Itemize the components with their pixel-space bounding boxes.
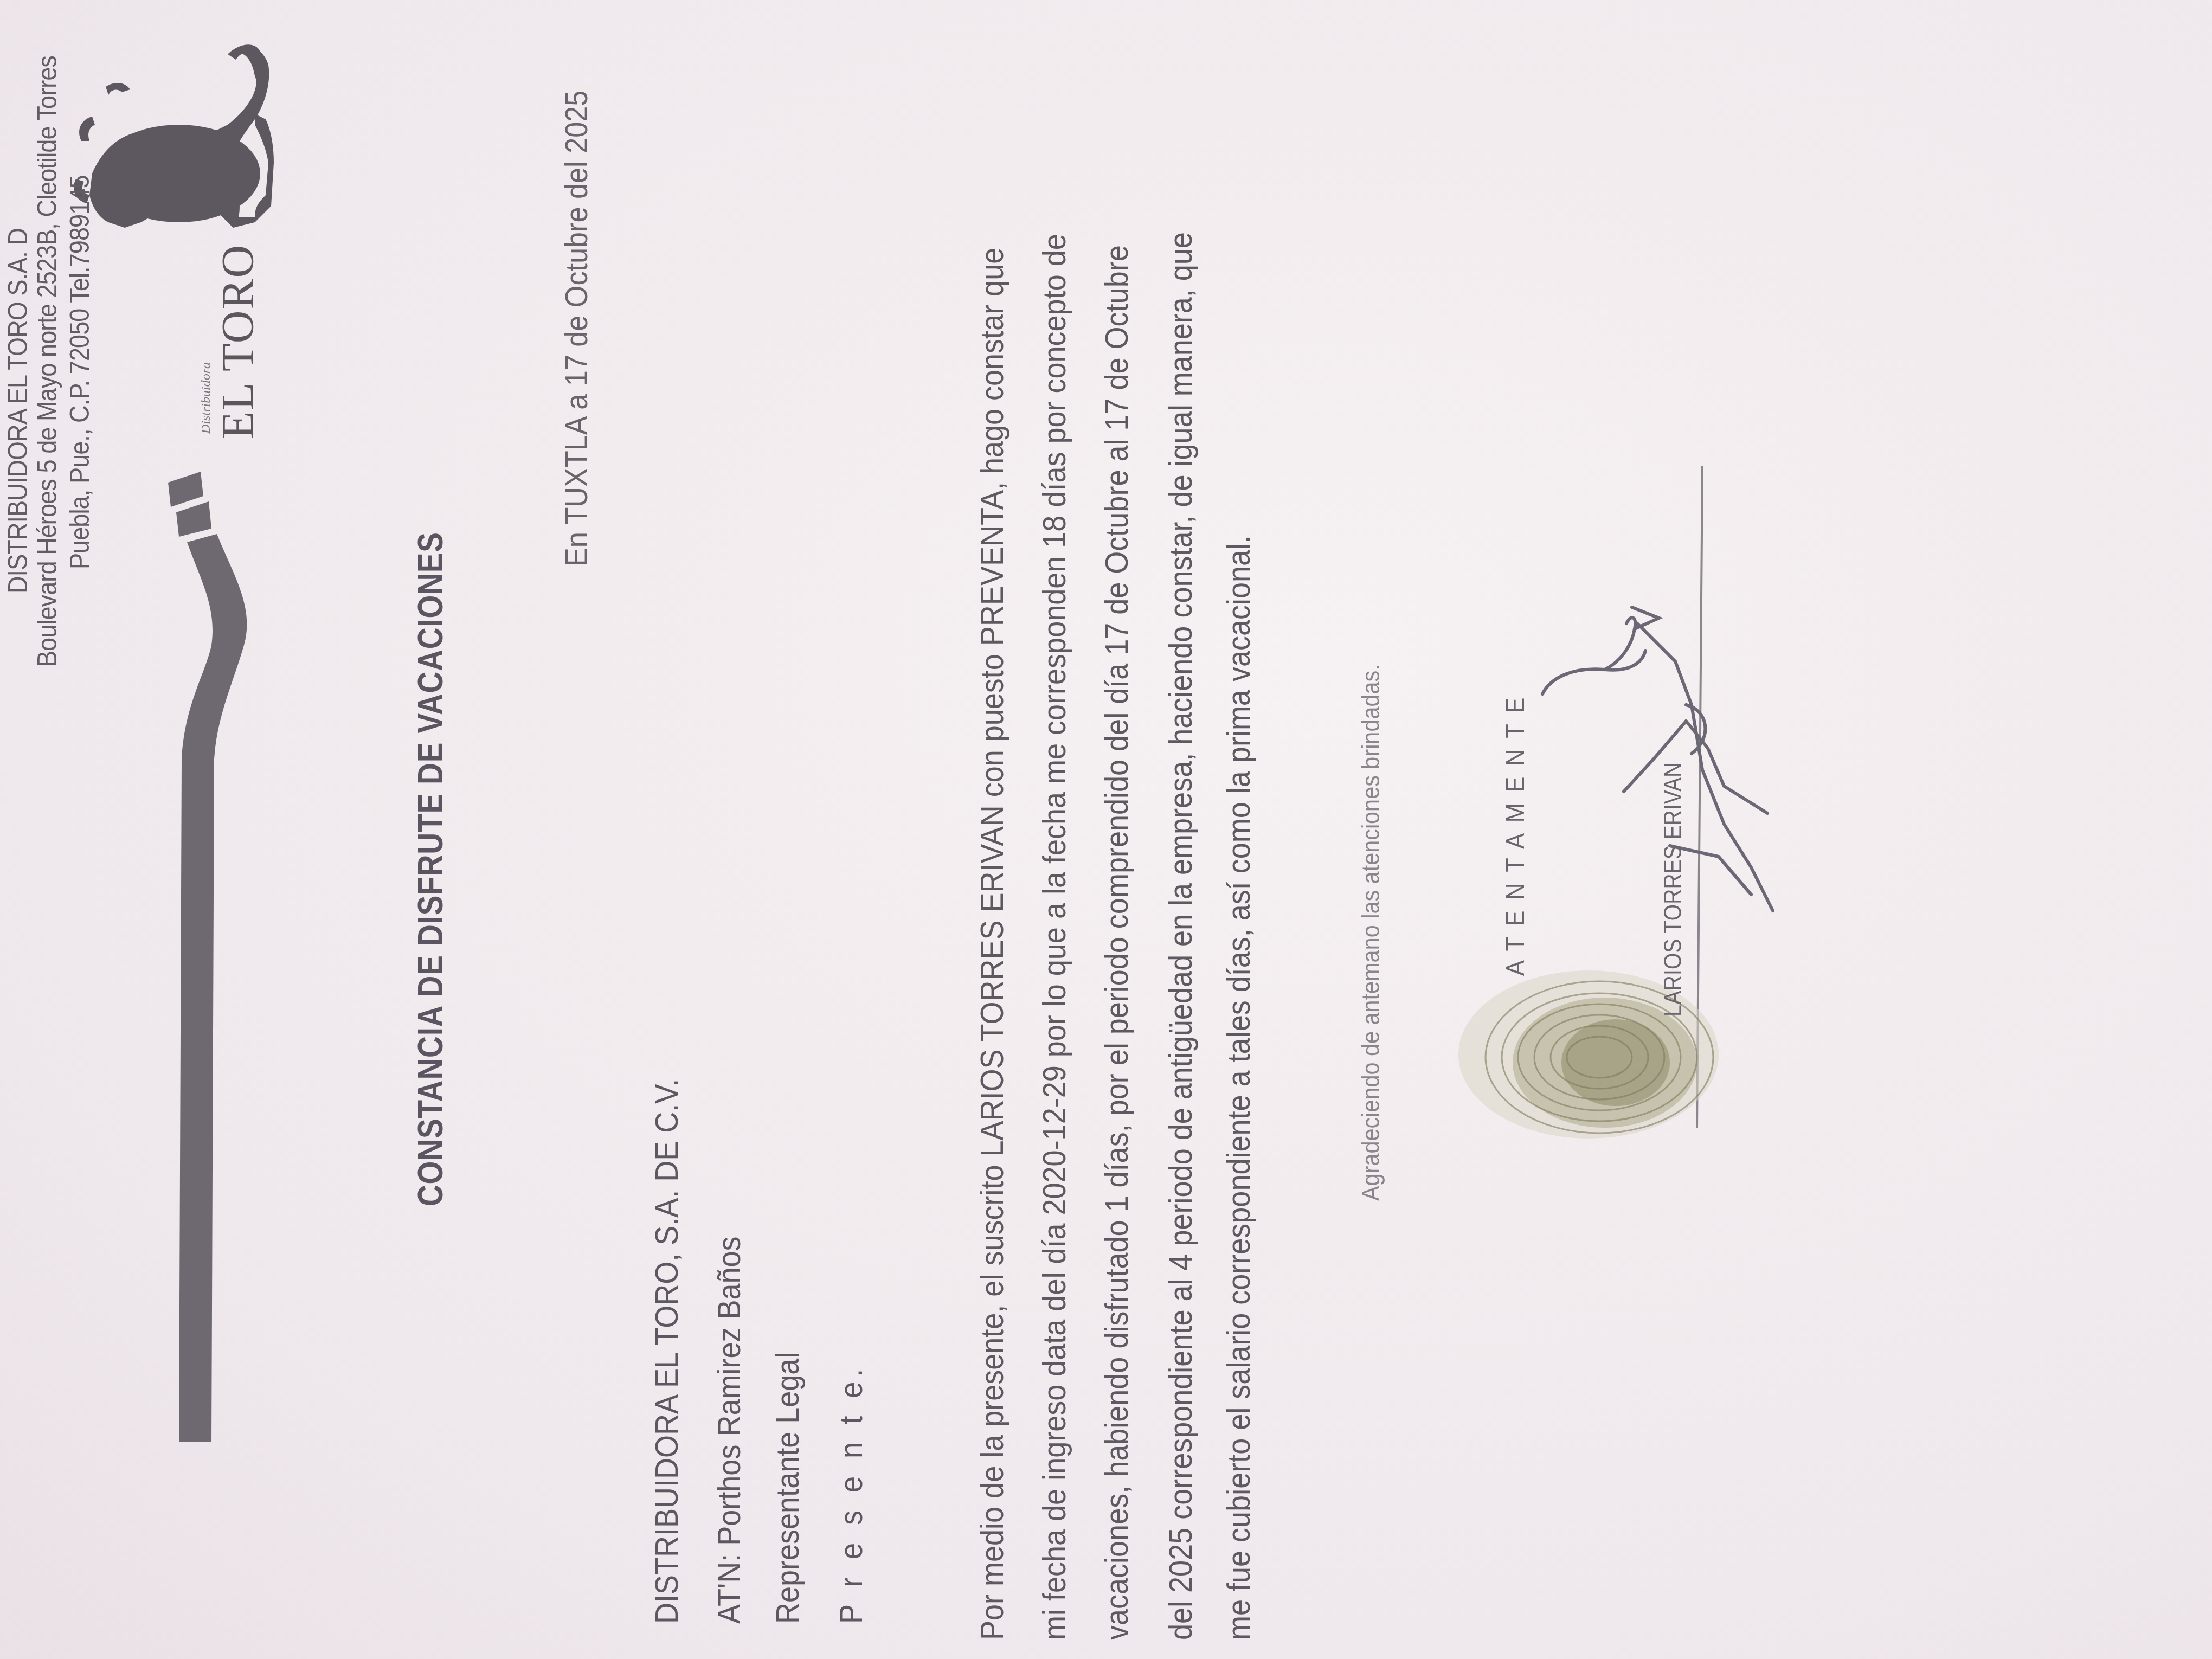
bull-icon <box>74 44 274 228</box>
logo-brand: EL TORO <box>216 244 261 439</box>
letterhead-address-1: Boulevard Héroes 5 de Mayo norte 2523B, … <box>34 56 61 667</box>
letterhead-company: DISTRIBUIDORA EL TORO S.A. D <box>4 228 31 594</box>
sign-off: ATENTAMENTE <box>1503 687 1529 976</box>
signatory-name: LARIOS TORRES ERIVAN <box>1660 762 1685 1017</box>
closing-text: Agradeciendo de antemano las atenciones … <box>1358 664 1383 1201</box>
place-date: En TUXTLA a 17 de Octubre del 2025 <box>561 91 593 567</box>
letterhead-address-2: Puebla, Pue., C.P. 72050 Tel.7989145 <box>66 175 93 569</box>
body-line: mi fecha de ingreso data del día 2020-12… <box>1038 234 1071 1640</box>
addressee-attention: AT'N: Porthos Ramirez Baños <box>713 1236 745 1624</box>
body-line: vacaciones, habiendo disfrutado 1 días, … <box>1101 245 1133 1640</box>
body-line: Por medio de la presente, el suscrito LA… <box>976 248 1008 1640</box>
body-line: me fue cubierto el salario correspondien… <box>1223 535 1255 1640</box>
signature-scribble <box>1542 607 1773 911</box>
logo-subtitle: Distribuidora <box>200 362 213 434</box>
addressee-role: Representante Legal <box>771 1352 804 1624</box>
addressee-company: DISTRIBUIDORA EL TORO, S.A. DE C.V. <box>651 1079 683 1624</box>
document-title: CONSTANCIA DE DISFRUTE DE VACACIONES <box>413 532 448 1206</box>
body-line: del 2025 correspondiente al 4 periodo de… <box>1165 232 1197 1640</box>
letterhead-bar <box>168 472 247 1442</box>
addressee-presente: P r e s e n t e. <box>835 1364 867 1624</box>
